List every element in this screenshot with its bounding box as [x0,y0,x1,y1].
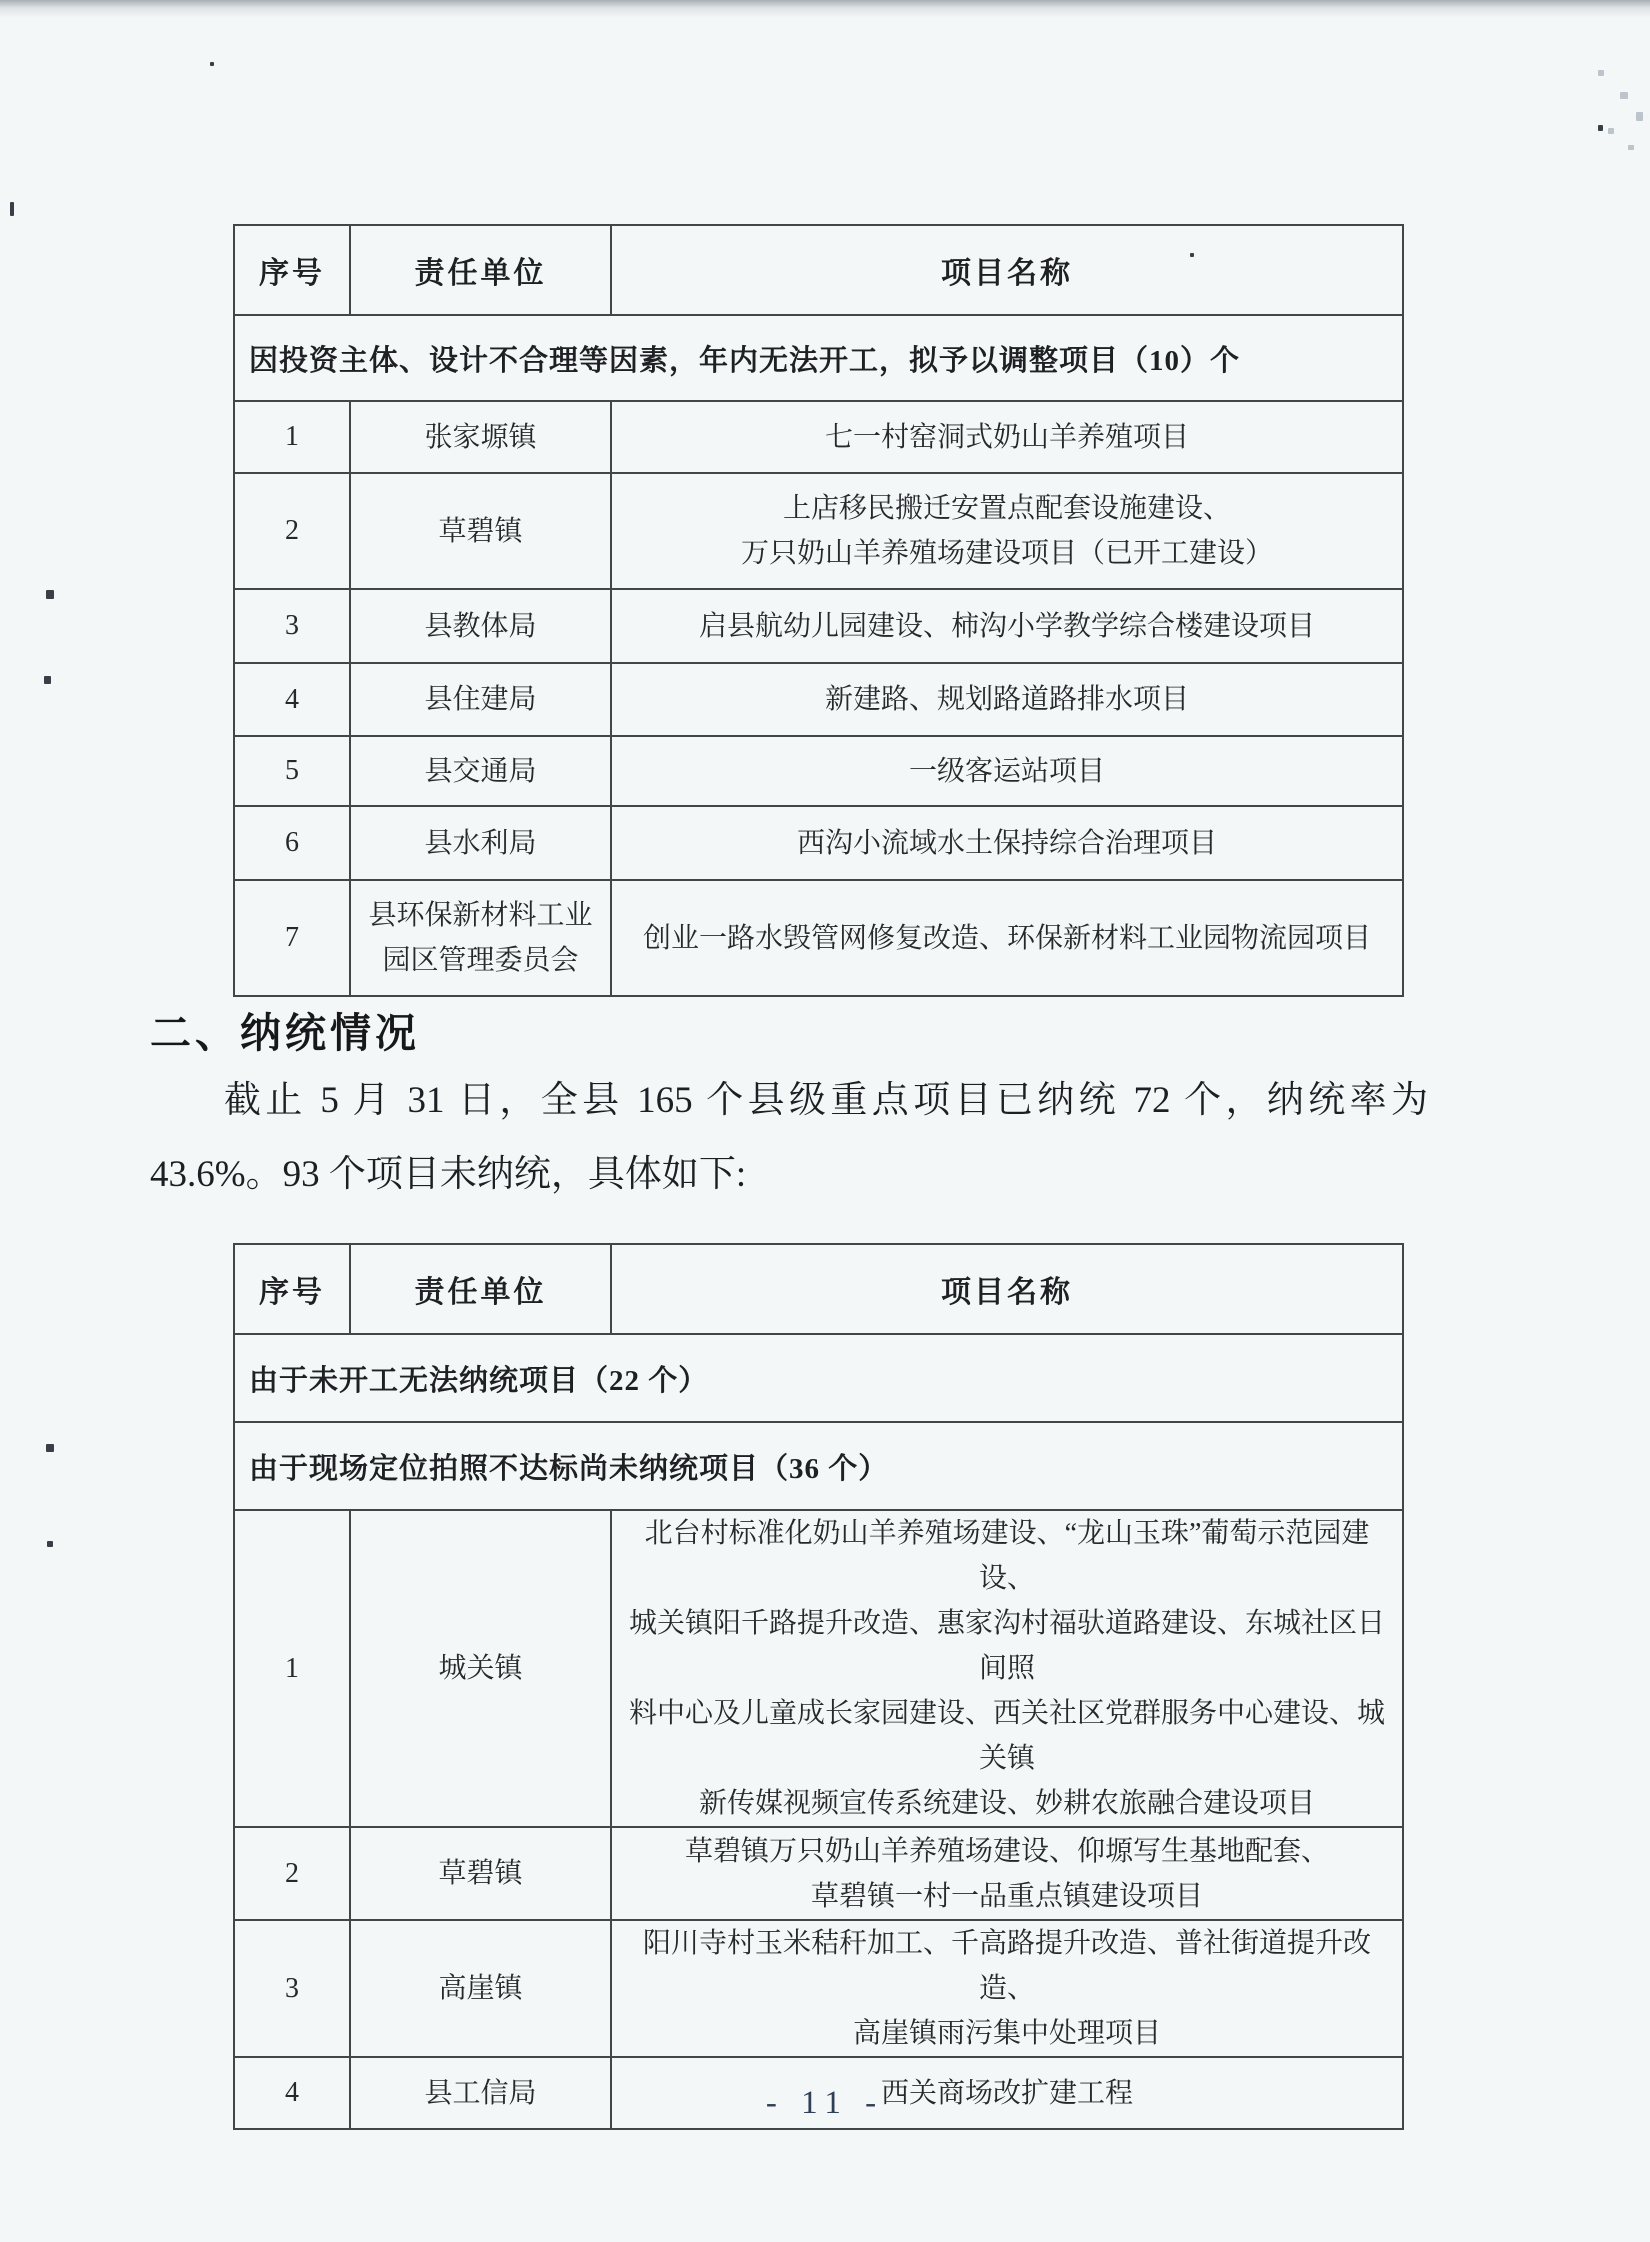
table1-header-row: 序号 责任单位 项目名称 [234,225,1403,315]
paragraph-line: 43.6%。93 个项目未纳统，具体如下: [150,1138,1428,1212]
row-no: 1 [234,1510,350,1827]
row-unit: 县水利局 [350,806,611,880]
table2-group-row: 由于未开工无法纳统项目（22 个） [234,1334,1403,1422]
row-project: 草碧镇万只奶山羊养殖场建设、仰塬写生基地配套、 草碧镇一村一品重点镇建设项目 [611,1827,1403,1920]
row-unit: 城关镇 [350,1510,611,1827]
project-line: 草碧镇万只奶山羊养殖场建设、仰塬写生基地配套、 [620,1829,1394,1874]
row-unit: 县环保新材料工业 园区管理委员会 [350,880,611,996]
row-no: 6 [234,806,350,880]
row-project: 西沟小流域水土保持综合治理项目 [611,806,1403,880]
row-no: 2 [234,1827,350,1920]
project-line: 上店移民搬迁安置点配套设施建设、 [620,486,1394,531]
table1-header-project: 项目名称 [611,225,1403,315]
unit-line: 高崖镇 [359,1966,602,2011]
row-no: 4 [234,663,350,736]
table-row: 3 高崖镇 阳川寺村玉米秸秆加工、千高路提升改造、普社街道提升改造、 高崖镇雨污… [234,1920,1403,2057]
table-row: 3 县教体局 启县航幼儿园建设、柿沟小学教学综合楼建设项目 [234,589,1403,663]
row-no: 3 [234,1920,350,2057]
project-line: 新建路、规划路道路排水项目 [620,677,1394,722]
row-unit: 高崖镇 [350,1920,611,2057]
project-line: 启县航幼儿园建设、柿沟小学教学综合楼建设项目 [620,604,1394,649]
table-row: 2 草碧镇 草碧镇万只奶山羊养殖场建设、仰塬写生基地配套、 草碧镇一村一品重点镇… [234,1827,1403,1920]
unit-line: 张家塬镇 [359,415,602,460]
row-project: 北台村标准化奶山羊养殖场建设、“龙山玉珠”葡萄示范园建设、 城关镇阳千路提升改造… [611,1510,1403,1827]
document-page: 序号 责任单位 项目名称 因投资主体、设计不合理等因素，年内无法开工，拟予以调整… [0,0,1650,2242]
scan-edge-artifact [0,0,1650,18]
project-line: 万只奶山羊养殖场建设项目（已开工建设） [620,531,1394,576]
uncounted-projects-table: 序号 责任单位 项目名称 由于未开工无法纳统项目（22 个） 由于现场定位拍照不… [233,1243,1404,2130]
table2-group-header-2: 由于现场定位拍照不达标尚未纳统项目（36 个） [234,1422,1403,1510]
table2-header-unit: 责任单位 [350,1244,611,1334]
unit-line: 城关镇 [359,1646,602,1691]
page-number: - 11 - [0,2085,1650,2122]
project-line: 创业一路水毁管网修复改造、环保新材料工业园物流园项目 [620,916,1394,961]
table-row: 2 草碧镇 上店移民搬迁安置点配套设施建设、 万只奶山羊养殖场建设项目（已开工建… [234,473,1403,589]
table1-group-header: 因投资主体、设计不合理等因素，年内无法开工，拟予以调整项目（10）个 [234,315,1403,401]
project-line: 草碧镇一村一品重点镇建设项目 [620,1874,1394,1919]
scan-speck [1628,145,1634,150]
scan-speck [10,202,14,216]
row-unit: 草碧镇 [350,473,611,589]
unit-line: 园区管理委员会 [359,938,602,983]
row-project: 七一村窑洞式奶山羊养殖项目 [611,401,1403,473]
scan-speck [210,62,214,66]
row-no: 2 [234,473,350,589]
row-unit: 县住建局 [350,663,611,736]
row-project: 创业一路水毁管网修复改造、环保新材料工业园物流园项目 [611,880,1403,996]
scan-speck [46,590,54,599]
row-project: 上店移民搬迁安置点配套设施建设、 万只奶山羊养殖场建设项目（已开工建设） [611,473,1403,589]
scan-speck [44,676,51,684]
row-no: 3 [234,589,350,663]
unit-line: 县交通局 [359,749,602,794]
project-line: 北台村标准化奶山羊养殖场建设、“龙山玉珠”葡萄示范园建设、 [620,1511,1394,1601]
table2-header-project: 项目名称 [611,1244,1403,1334]
unit-line: 县环保新材料工业 [359,893,602,938]
project-line: 西沟小流域水土保持综合治理项目 [620,821,1394,866]
project-line: 七一村窑洞式奶山羊养殖项目 [620,415,1394,460]
project-line: 城关镇阳千路提升改造、惠家沟村福驮道路建设、东城社区日间照 [620,1601,1394,1691]
table1-group-row: 因投资主体、设计不合理等因素，年内无法开工，拟予以调整项目（10）个 [234,315,1403,401]
table1-header-unit: 责任单位 [350,225,611,315]
row-no: 7 [234,880,350,996]
row-no: 5 [234,736,350,806]
scan-speck [1598,125,1603,131]
row-project: 启县航幼儿园建设、柿沟小学教学综合楼建设项目 [611,589,1403,663]
scan-speck [46,1444,54,1452]
project-line: 一级客运站项目 [620,749,1394,794]
row-unit: 县交通局 [350,736,611,806]
scan-speck [1636,112,1643,121]
unit-line: 县住建局 [359,677,602,722]
unit-line: 县教体局 [359,604,602,649]
project-line: 料中心及儿童成长家园建设、西关社区党群服务中心建设、城关镇 [620,1691,1394,1781]
table-row: 7 县环保新材料工业 园区管理委员会 创业一路水毁管网修复改造、环保新材料工业园… [234,880,1403,996]
project-line: 新传媒视频宣传系统建设、妙耕农旅融合建设项目 [620,1781,1394,1826]
table-row: 1 城关镇 北台村标准化奶山羊养殖场建设、“龙山玉珠”葡萄示范园建设、 城关镇阳… [234,1510,1403,1827]
table-row: 5 县交通局 一级客运站项目 [234,736,1403,806]
row-unit: 张家塬镇 [350,401,611,473]
table2-header-no: 序号 [234,1244,350,1334]
unit-line: 县水利局 [359,821,602,866]
scan-speck [47,1541,53,1547]
row-project: 一级客运站项目 [611,736,1403,806]
scan-speck [1608,128,1614,134]
unit-line: 草碧镇 [359,1851,602,1896]
table-row: 6 县水利局 西沟小流域水土保持综合治理项目 [234,806,1403,880]
unit-line: 草碧镇 [359,509,602,554]
section-heading: 二、纳统情况 [150,1000,420,1059]
body-paragraph: 截止 5 月 31 日，全县 165 个县级重点项目已纳统 72 个，纳统率为 … [150,1064,1428,1212]
project-line: 阳川寺村玉米秸秆加工、千高路提升改造、普社街道提升改造、 [620,1921,1394,2011]
table2-group-header-1: 由于未开工无法纳统项目（22 个） [234,1334,1403,1422]
scan-speck [1620,92,1628,99]
row-no: 1 [234,401,350,473]
row-project: 阳川寺村玉米秸秆加工、千高路提升改造、普社街道提升改造、 高崖镇雨污集中处理项目 [611,1920,1403,2057]
paragraph-line: 截止 5 月 31 日，全县 165 个县级重点项目已纳统 72 个，纳统率为 [150,1064,1428,1138]
table1-header-no: 序号 [234,225,350,315]
row-unit: 县教体局 [350,589,611,663]
row-project: 新建路、规划路道路排水项目 [611,663,1403,736]
table-row: 1 张家塬镇 七一村窑洞式奶山羊养殖项目 [234,401,1403,473]
table2-header-row: 序号 责任单位 项目名称 [234,1244,1403,1334]
project-line: 高崖镇雨污集中处理项目 [620,2011,1394,2056]
table2-group-row: 由于现场定位拍照不达标尚未纳统项目（36 个） [234,1422,1403,1510]
row-unit: 草碧镇 [350,1827,611,1920]
adjusted-projects-table: 序号 责任单位 项目名称 因投资主体、设计不合理等因素，年内无法开工，拟予以调整… [233,224,1404,997]
scan-speck [1598,70,1604,76]
table-row: 4 县住建局 新建路、规划路道路排水项目 [234,663,1403,736]
